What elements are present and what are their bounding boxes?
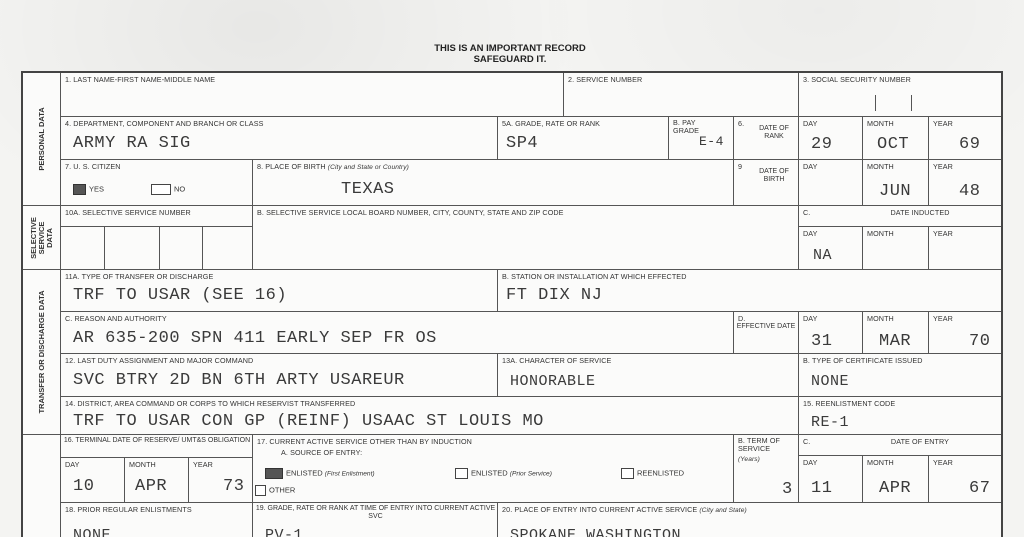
field-8-value: TEXAS	[341, 180, 395, 199]
citizen-yes-option[interactable]: YES	[73, 184, 104, 195]
field-8-place-of-birth[interactable]: 8. PLACE OF BIRTH (City and State or Cou…	[253, 160, 734, 206]
field-18-prior-enlistments[interactable]: 18. PRIOR REGULAR ENLISTMENTS NONE	[61, 503, 253, 537]
field-11d-effective-date: d. EFFECTIVE DATE	[734, 312, 799, 354]
field-5b-value: E-4	[699, 134, 724, 149]
field-9-month[interactable]: MONTH JUN	[863, 160, 929, 206]
section-service-data	[23, 435, 61, 537]
field-9-day[interactable]: DAY	[799, 160, 863, 206]
field-11b-station[interactable]: b. STATION OR INSTALLATION AT WHICH EFFE…	[498, 270, 1001, 312]
checkbox-icon[interactable]	[255, 485, 266, 496]
ssn-divider	[911, 95, 912, 111]
selective-service-box-2[interactable]	[105, 227, 160, 270]
section-selective-service-data: SELECTIVE SERVICE DATA	[23, 206, 61, 270]
field-9-date-of-birth: 9 DATE OF BIRTH	[734, 160, 799, 206]
field-19-grade-at-entry[interactable]: 19. GRADE, RATE OR RANK AT TIME OF ENTRY…	[253, 503, 498, 537]
field-10a-label-cell: 10a. SELECTIVE SERVICE NUMBER	[61, 206, 253, 227]
field-17c-year[interactable]: YEAR 67	[929, 456, 1001, 503]
field-7-us-citizen: 7. U. S. CITIZEN YES NO	[61, 160, 253, 206]
checkbox-icon[interactable]	[621, 468, 634, 479]
dd214-form: PERSONAL DATA SELECTIVE SERVICE DATA TRA…	[21, 71, 1003, 537]
source-other-option[interactable]: OTHER	[255, 485, 295, 496]
field-10c-month[interactable]: MONTH	[863, 227, 929, 270]
field-11a-type-of-transfer[interactable]: 11a. TYPE OF TRANSFER OR DISCHARGE TRF T…	[61, 270, 498, 312]
field-3-ssn[interactable]: 3. SOCIAL SECURITY NUMBER	[799, 73, 1001, 117]
field-6-month[interactable]: MONTH OCT	[863, 117, 929, 160]
field-5a-grade[interactable]: 5a. GRADE, RATE OR RANK SP4	[498, 117, 669, 160]
field-16-terminal-date: 16. TERMINAL DATE OF RESERVE/ UMT&S OBLI…	[61, 435, 253, 458]
section-transfer-discharge-data: TRANSFER OR DISCHARGE DATA	[23, 270, 61, 435]
field-10c-date-inducted: c. DATE INDUCTED	[799, 206, 1001, 227]
ssn-divider	[875, 95, 876, 111]
field-17b-term-of-service[interactable]: b. TERM OF SERVICE (Years) 3	[734, 435, 799, 503]
field-17-current-active-service: 17. CURRENT ACTIVE SERVICE OTHER THAN BY…	[253, 435, 734, 503]
field-10b-local-board[interactable]: b. SELECTIVE SERVICE LOCAL BOARD NUMBER,…	[253, 206, 799, 270]
field-6-date-of-rank: 6. DATE OF RANK	[734, 117, 799, 160]
field-6-year[interactable]: YEAR 69	[929, 117, 1001, 160]
field-20-place-of-entry[interactable]: 20. PLACE OF ENTRY INTO CURRENT ACTIVE S…	[498, 503, 1001, 537]
field-12-last-duty[interactable]: 12. LAST DUTY ASSIGNMENT AND MAJOR COMMA…	[61, 354, 498, 397]
field-2-service-number[interactable]: 2. SERVICE NUMBER	[564, 73, 799, 117]
field-16-day[interactable]: DAY 10	[61, 458, 125, 503]
field-5b-pay-grade[interactable]: b. PAY GRADE E-4	[669, 117, 734, 160]
field-10c-year[interactable]: YEAR	[929, 227, 1001, 270]
field-15-reenlistment-code[interactable]: 15. REENLISTMENT CODE RE-1	[799, 397, 1001, 435]
field-11d-year[interactable]: YEAR 70	[929, 312, 1001, 354]
field-16-month[interactable]: MONTH APR	[125, 458, 189, 503]
section-personal-data: PERSONAL DATA	[23, 73, 61, 206]
field-17c-month[interactable]: MONTH APR	[863, 456, 929, 503]
checkbox-icon[interactable]	[455, 468, 468, 479]
field-17c-day[interactable]: DAY 11	[799, 456, 863, 503]
field-14-district[interactable]: 14. DISTRICT, AREA COMMAND OR CORPS TO W…	[61, 397, 799, 435]
selective-service-box-3[interactable]	[160, 227, 203, 270]
source-reenlisted-option[interactable]: REENLISTED	[621, 468, 684, 479]
field-11c-reason-authority[interactable]: c. REASON AND AUTHORITY AR 635-200 SPN 4…	[61, 312, 734, 354]
field-10c-day[interactable]: DAY NA	[799, 227, 863, 270]
field-11d-day[interactable]: DAY 31	[799, 312, 863, 354]
citizen-no-option[interactable]: NO	[151, 184, 185, 195]
header-line-1: THIS IS AN IMPORTANT RECORD	[380, 43, 640, 54]
field-9-year[interactable]: YEAR 48	[929, 160, 1001, 206]
field-4-value: ARMY RA SIG	[73, 134, 191, 153]
source-enlisted-prior-option[interactable]: ENLISTED (Prior Service)	[455, 468, 552, 479]
field-13b-certificate-type[interactable]: b. TYPE OF CERTIFICATE ISSUED NONE	[799, 354, 1001, 397]
selective-service-box-4[interactable]	[203, 227, 253, 270]
field-11d-month[interactable]: MONTH MAR	[863, 312, 929, 354]
field-4-department[interactable]: 4. DEPARTMENT, COMPONENT AND BRANCH OR C…	[61, 117, 498, 160]
checkbox-checked-icon[interactable]	[73, 184, 86, 195]
selective-service-box-1[interactable]	[61, 227, 105, 270]
field-1-name[interactable]: 1. LAST NAME-FIRST NAME-MIDDLE NAME	[61, 73, 564, 117]
field-16-year[interactable]: YEAR 73	[189, 458, 253, 503]
field-13a-character-of-service[interactable]: 13a. CHARACTER OF SERVICE HONORABLE	[498, 354, 799, 397]
field-17c-date-of-entry: c. DATE OF ENTRY	[799, 435, 1001, 456]
checkbox-checked-icon[interactable]	[265, 468, 283, 479]
header-line-2: SAFEGUARD IT.	[380, 54, 640, 65]
record-header: THIS IS AN IMPORTANT RECORD SAFEGUARD IT…	[380, 43, 640, 65]
checkbox-icon[interactable]	[151, 184, 171, 195]
source-enlisted-first-option[interactable]: ENLISTED (First Enlistment)	[265, 468, 375, 479]
field-5a-value: SP4	[506, 134, 538, 153]
field-6-day[interactable]: DAY 29	[799, 117, 863, 160]
